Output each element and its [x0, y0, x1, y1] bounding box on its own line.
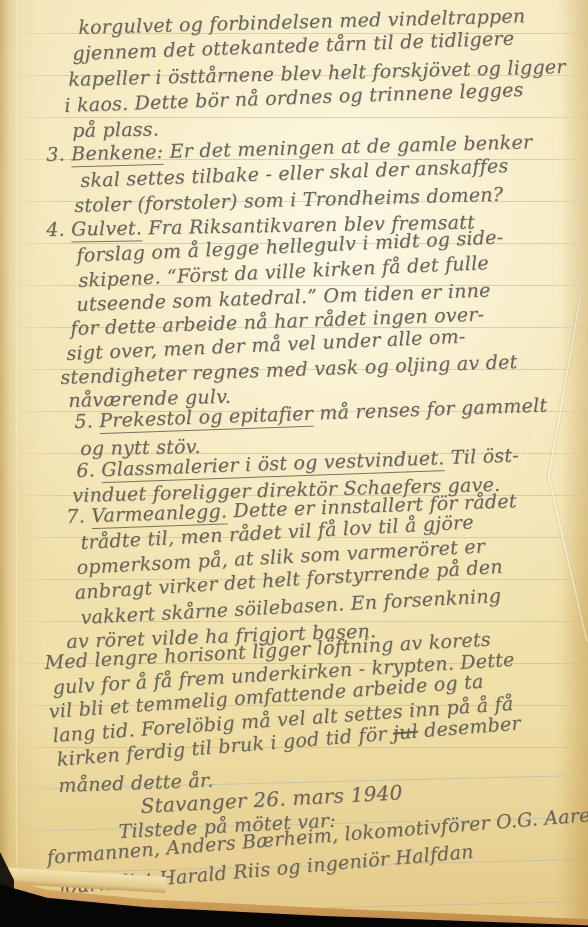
handwriting-text: 5. [74, 410, 100, 433]
underlined-heading-text: Prekestol og epitafier [99, 403, 314, 434]
scanned-notebook-page: korgulvet og forbindelsen med vindeltrap… [0, 0, 588, 927]
handwriting-text: må renses for gammelt [313, 394, 548, 424]
underlined-heading-text: Benkene: [71, 141, 164, 167]
handwriting-layer: korgulvet og forbindelsen med vindeltrap… [0, 0, 588, 927]
underlined-heading-text: Gulvet. [71, 217, 142, 242]
handwriting-text: 4. [46, 219, 71, 241]
struck-out-word: jul [392, 721, 419, 745]
handwriting-text: 3. [46, 143, 71, 166]
handwriting-text: 6. [76, 459, 102, 482]
handwriting-text: 7. [66, 505, 92, 528]
handwriting-text: på plass. [72, 118, 159, 142]
handwriting-text: Til öst- [444, 445, 519, 470]
